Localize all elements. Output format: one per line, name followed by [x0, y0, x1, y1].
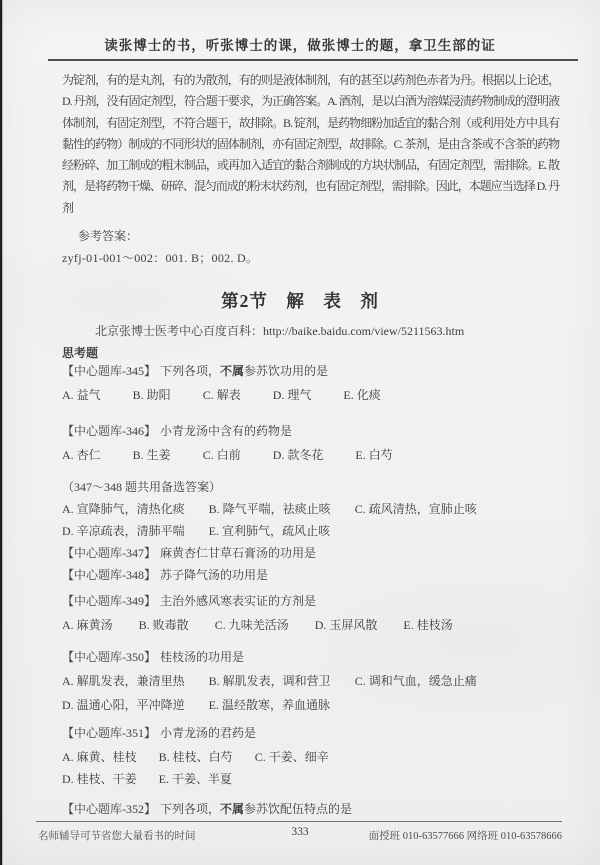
- option: A. 解肌发表，兼清里热: [62, 672, 185, 689]
- header-rule: [48, 59, 578, 61]
- question-tag: 【中心题库-349】: [62, 594, 156, 608]
- question-348-stem: 【中心题库-348】苏子降气汤的功用是: [62, 566, 268, 583]
- scan-edge-left-shadow: [2, 0, 3, 865]
- baike-url: http://baike.baidu.com/view/5211563.htm: [263, 324, 464, 338]
- section-title: 第2节 解 表 剂: [0, 288, 600, 313]
- option: E. 宣利肺气，疏风止咳: [209, 522, 330, 539]
- question-349-options: A. 麻黄汤 B. 败毒散 C. 九味羌活汤 D. 玉屏风散 E. 桂枝汤: [62, 616, 453, 633]
- option: A. 麻黄汤: [62, 616, 113, 633]
- question-346-options: A. 杏仁 B. 生姜 C. 白前 D. 款冬花 E. 白芍: [62, 446, 393, 463]
- baike-label: 北京张博士医考中心百度百科：: [95, 324, 263, 338]
- option: C. 白前: [203, 446, 241, 463]
- question-345-options: A. 益气 B. 助阳 C. 解表 D. 理气 E. 化痰: [62, 386, 381, 403]
- option: B. 生姜: [133, 446, 171, 463]
- option: A. 麻黄、桂枝: [62, 748, 137, 765]
- question-350-options-row1: A. 解肌发表，兼清里热 B. 解肌发表，调和营卫 C. 调和气血，缓急止痛: [62, 672, 477, 689]
- question-tag: 【中心题库-345】: [62, 364, 156, 378]
- question-349-stem: 【中心题库-349】主治外感风寒表实证的方剂是: [62, 592, 316, 609]
- option: D. 辛凉疏表，清肺平喘: [62, 522, 185, 539]
- answer-explanation-paragraph: 为锭剂，有的是丸剂，有的为散剂，有的则是液体制剂，有的甚至以药剂色赤者为丹。根据…: [62, 70, 559, 219]
- question-350-stem: 【中心题库-350】桂枝汤的功用是: [62, 648, 244, 665]
- option: A. 杏仁: [62, 446, 101, 463]
- baike-reference-line: 北京张博士医考中心百度百科：http://baike.baidu.com/vie…: [95, 322, 464, 339]
- option: B. 败毒散: [139, 616, 189, 633]
- reference-answers-label: 参考答案：: [78, 227, 138, 244]
- question-tag: 【中心题库-346】: [62, 424, 156, 438]
- question-347-stem: 【中心题库-347】麻黄杏仁甘草石膏汤的功用是: [62, 544, 316, 561]
- option: B. 助阳: [133, 386, 171, 403]
- scanned-document-page: 读张博士的书，听张博士的课，做张博士的题，拿卫生部的证 为锭剂，有的是丸剂，有的…: [0, 0, 600, 865]
- thinking-questions-label: 思考题: [62, 344, 98, 361]
- question-tag: 【中心题库-352】: [62, 802, 156, 816]
- option: D. 理气: [273, 386, 312, 403]
- question-tag: 【中心题库-348】: [62, 568, 156, 582]
- shared-options-row2: D. 辛凉疏表，清肺平喘 E. 宣利肺气，疏风止咳: [62, 522, 330, 539]
- stem-text: 下列各项，: [160, 364, 220, 378]
- stem-text: 小青龙汤中含有的药物是: [160, 424, 292, 438]
- stem-text: 参苏饮配伍特点的是: [244, 802, 352, 816]
- option: D. 款冬花: [273, 446, 324, 463]
- question-tag: 【中心题库-351】: [62, 726, 156, 740]
- stem-text: 桂枝汤的功用是: [160, 650, 244, 664]
- option: D. 温通心阳，平冲降逆: [62, 696, 185, 713]
- option: E. 白芍: [355, 446, 392, 463]
- option: B. 解肌发表，调和营卫: [209, 672, 331, 689]
- option: C. 疏风清热，宣肺止咳: [355, 500, 477, 517]
- option: A. 益气: [62, 386, 101, 403]
- shared-options-row1: A. 宣降肺气，清热化痰 B. 降气平喘，祛痰止咳 C. 疏风清热，宣肺止咳: [62, 500, 477, 517]
- question-351-options-row1: A. 麻黄、桂枝 B. 桂枝、白芍 C. 干姜、细辛: [62, 748, 329, 765]
- question-351-stem: 【中心题库-351】小青龙汤的君药是: [62, 724, 256, 741]
- stem-bold-text: 不属: [220, 364, 244, 378]
- stem-bold-text: 不属: [220, 802, 244, 816]
- option: C. 解表: [203, 386, 241, 403]
- option: C. 干姜、细辛: [255, 748, 329, 765]
- stem-text: 参苏饮功用的是: [244, 364, 328, 378]
- header-slogan: 读张博士的书，听张博士的课，做张博士的题，拿卫生部的证: [0, 34, 600, 54]
- option: E. 干姜、半夏: [159, 770, 232, 787]
- reference-answers-line: zyfj-01-001～002：001. B；002. D。: [62, 249, 258, 266]
- question-tag: 【中心题库-350】: [62, 650, 156, 664]
- footer-contact-info: 面授班 010-63577666 网络班 010-63578666: [369, 828, 562, 843]
- footer-rule: [36, 821, 562, 822]
- question-351-options-row2: D. 桂枝、干姜 E. 干姜、半夏: [62, 770, 232, 787]
- stem-text: 下列各项，: [160, 802, 220, 816]
- option: D. 玉屏风散: [315, 616, 378, 633]
- option: E. 温经散寒，养血通脉: [209, 696, 330, 713]
- question-352-stem: 【中心题库-352】下列各项，不属参苏饮配伍特点的是: [62, 800, 352, 817]
- question-350-options-row2: D. 温通心阳，平冲降逆 E. 温经散寒，养血通脉: [62, 696, 330, 713]
- option: B. 降气平喘，祛痰止咳: [209, 500, 331, 517]
- option: D. 桂枝、干姜: [62, 770, 137, 787]
- question-345-stem: 【中心题库-345】下列各项，不属参苏饮功用的是: [62, 362, 328, 379]
- option: E. 化痰: [343, 386, 380, 403]
- stem-text: 小青龙汤的君药是: [160, 726, 256, 740]
- option: C. 调和气血，缓急止痛: [355, 672, 477, 689]
- option: A. 宣降肺气，清热化痰: [62, 500, 185, 517]
- question-346-stem: 【中心题库-346】小青龙汤中含有的药物是: [62, 422, 292, 439]
- stem-text: 麻黄杏仁甘草石膏汤的功用是: [160, 546, 316, 560]
- shared-options-note: （347～348 题共用备选答案）: [62, 478, 221, 495]
- option: C. 九味羌活汤: [215, 616, 289, 633]
- stem-text: 主治外感风寒表实证的方剂是: [160, 594, 316, 608]
- option: E. 桂枝汤: [403, 616, 452, 633]
- option: B. 桂枝、白芍: [159, 748, 233, 765]
- stem-text: 苏子降气汤的功用是: [160, 568, 268, 582]
- question-tag: 【中心题库-347】: [62, 546, 156, 560]
